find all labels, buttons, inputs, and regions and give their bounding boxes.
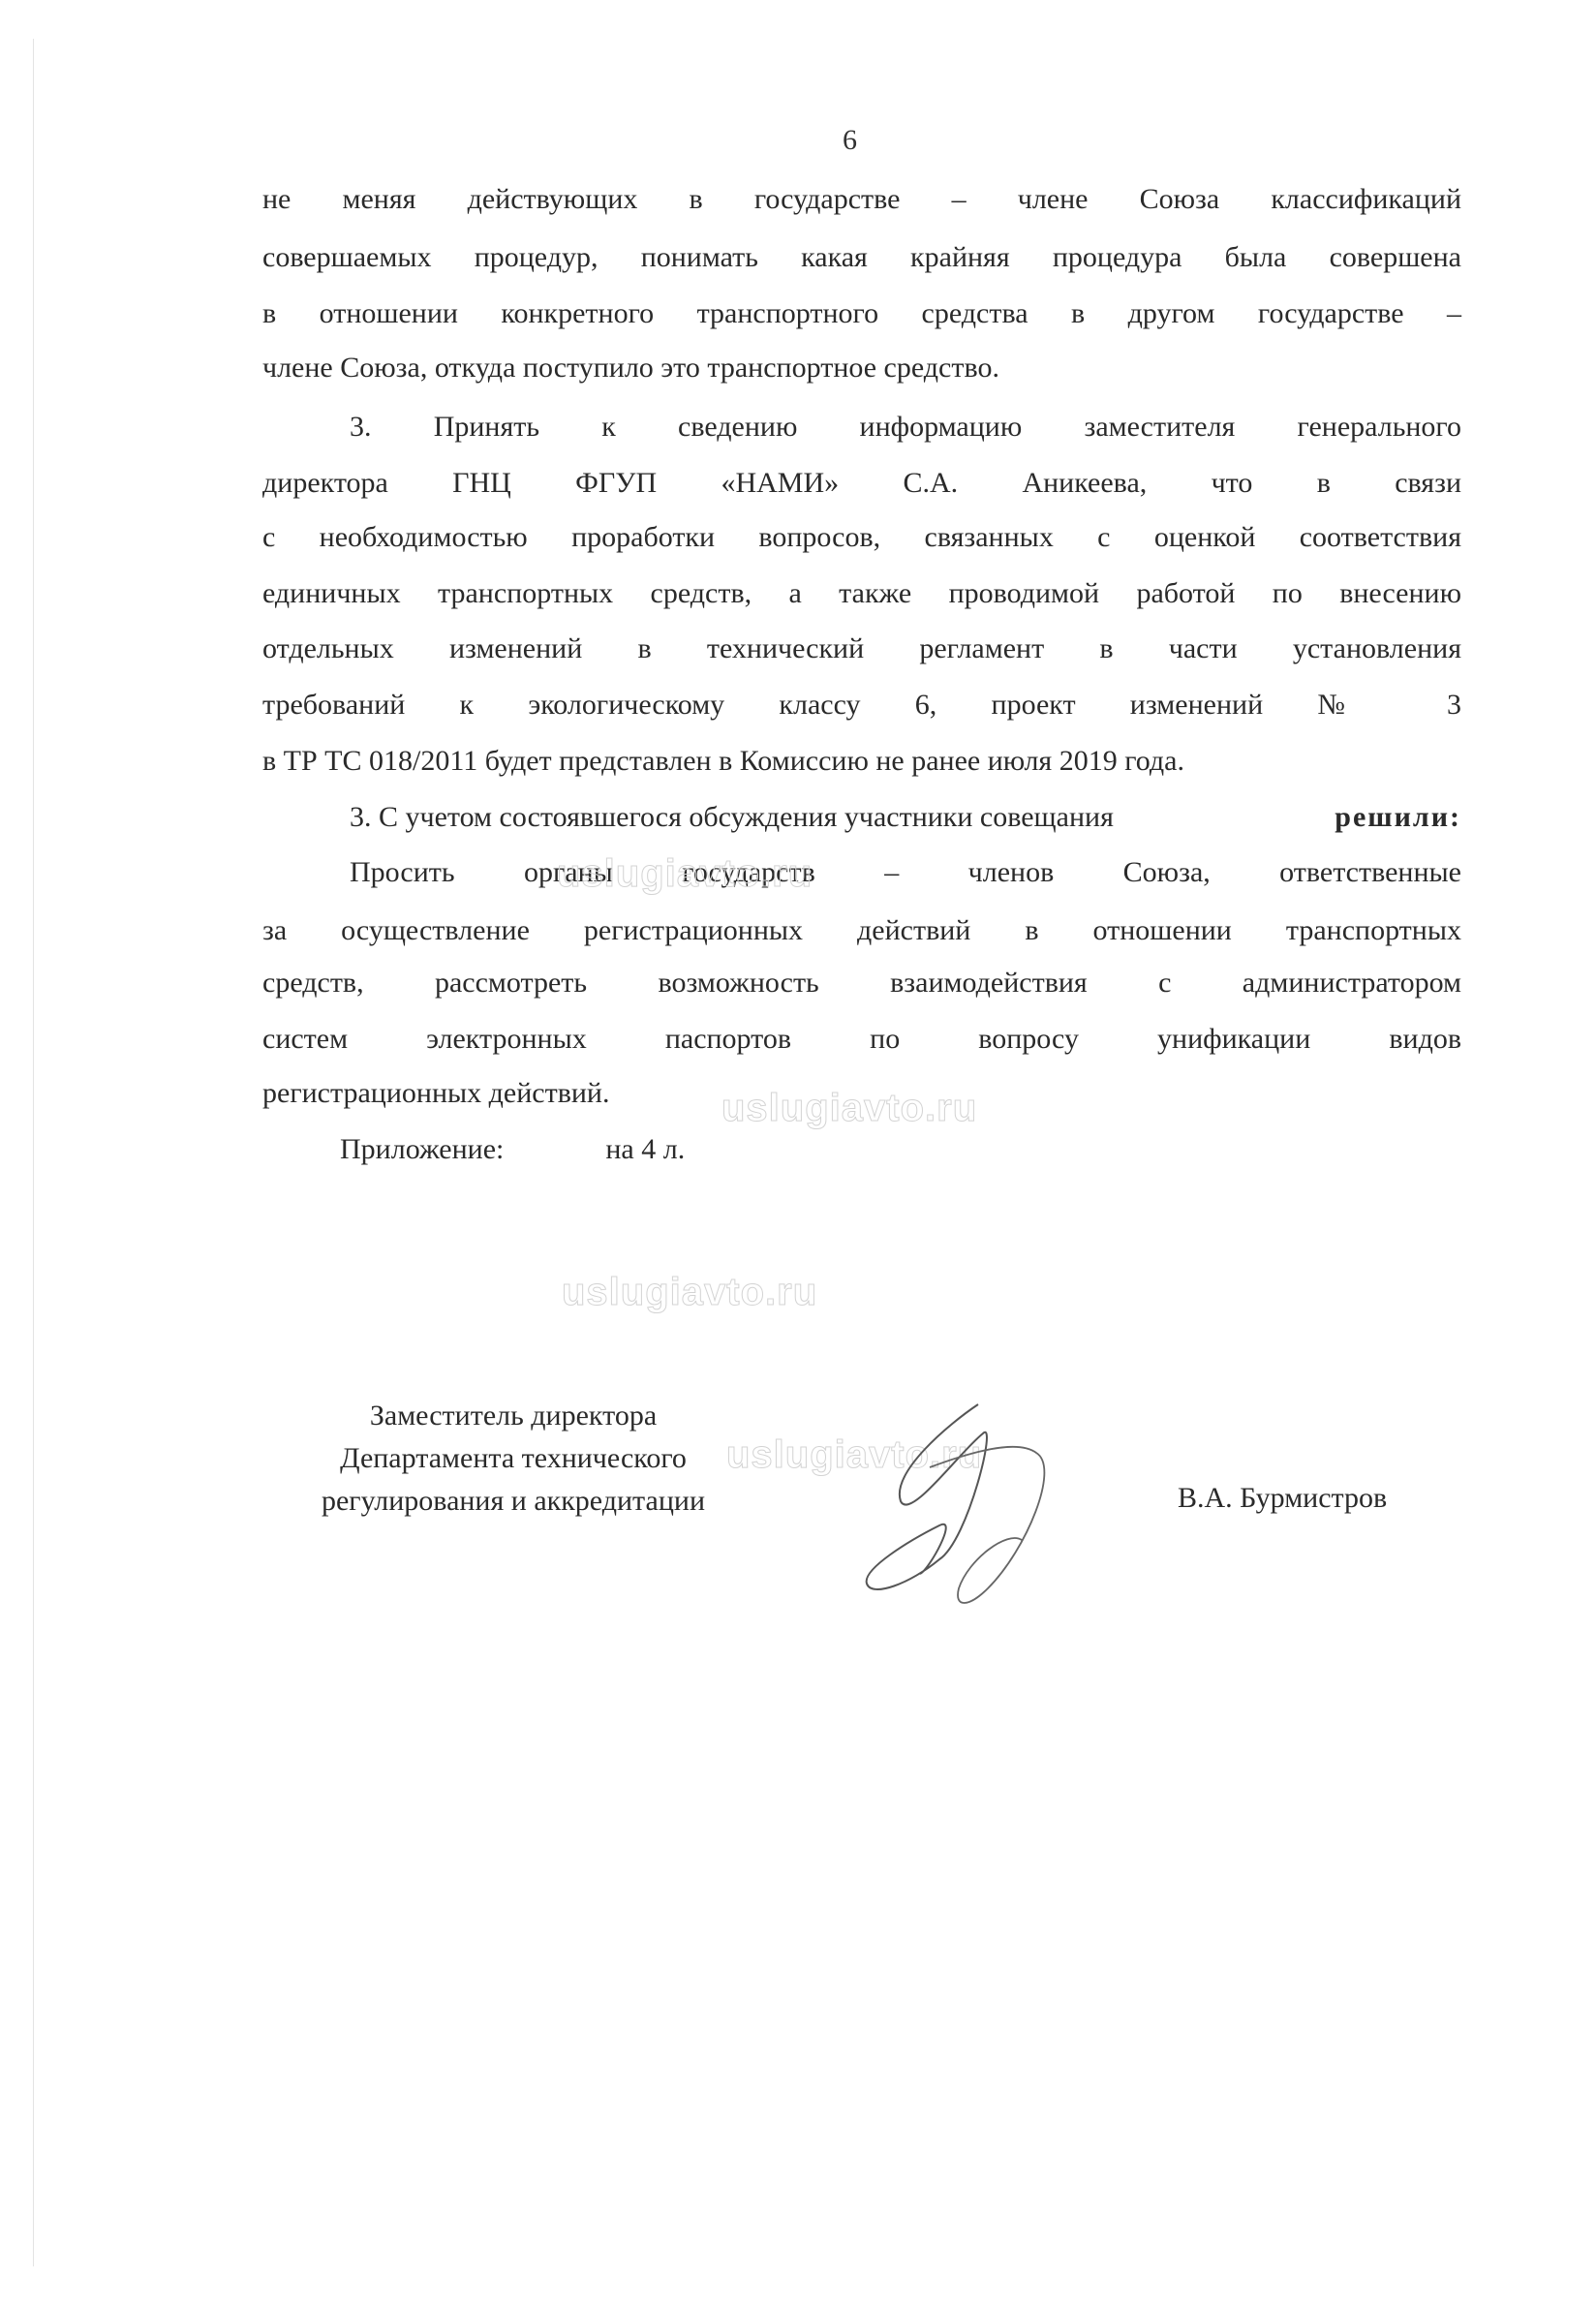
attachment: Приложение: на 4 л. <box>340 1130 921 1169</box>
scan-edge-line <box>33 39 34 2266</box>
watermark: uslugiavto.ru <box>557 852 813 896</box>
paragraph-2-line: 3. Принять к сведению информацию замести… <box>350 408 1461 446</box>
attachment-value: на 4 л. <box>605 1133 685 1165</box>
paragraph-4-line: Просить органы государств – членов Союза… <box>350 853 1461 892</box>
paragraph-1-line: в отношении конкретного транспортного ср… <box>262 294 1461 333</box>
watermark: uslugiavto.ru <box>562 1271 817 1314</box>
signer-position-line: Заместитель директора <box>281 1395 746 1437</box>
paragraph-4-line: за осуществление регистрационных действи… <box>262 911 1461 950</box>
paragraph-2-line: в ТР ТС 018/2011 будет представлен в Ком… <box>262 742 1461 781</box>
paragraph-3: 3. С учетом состоявшегося обсуждения уча… <box>350 798 1461 837</box>
paragraph-2-line: с необходимостью проработки вопросов, св… <box>262 518 1461 557</box>
paragraph-2-line: директора ГНЦ ФГУП «НАМИ» С.А. Аникеева,… <box>262 464 1461 503</box>
signer-name: В.А. Бурмистров <box>1178 1482 1387 1515</box>
watermark: uslugiavto.ru <box>721 1087 977 1130</box>
signer-position-line: регулирования и аккредитации <box>281 1480 746 1523</box>
paragraph-3-intro: 3. С учетом состоявшегося обсуждения уча… <box>350 798 1114 837</box>
signer-position-line: Департамента технического <box>281 1437 746 1480</box>
paragraph-2-line: единичных транспортных средств, а также … <box>262 574 1461 613</box>
paragraph-1-line: не меняя действующих в государстве – чле… <box>262 180 1461 219</box>
paragraph-1-line: члене Союза, откуда поступило это трансп… <box>262 349 1461 387</box>
page-number: 6 <box>843 124 857 157</box>
paragraph-4-line: средств, рассмотреть возможность взаимод… <box>262 964 1461 1002</box>
handwritten-signature <box>813 1395 1143 1617</box>
paragraph-2-line: требований к экологическому классу 6, пр… <box>262 686 1461 724</box>
paragraph-1-line: совершаемых процедур, понимать какая кра… <box>262 238 1461 277</box>
paragraph-4-line: систем электронных паспортов по вопросу … <box>262 1020 1461 1059</box>
paragraph-2-line: отдельных изменений в технический реглам… <box>262 630 1461 668</box>
decided-label: решили: <box>1335 798 1461 837</box>
attachment-label: Приложение: <box>340 1133 504 1165</box>
signer-position: Заместитель директора Департамента техни… <box>281 1395 746 1523</box>
